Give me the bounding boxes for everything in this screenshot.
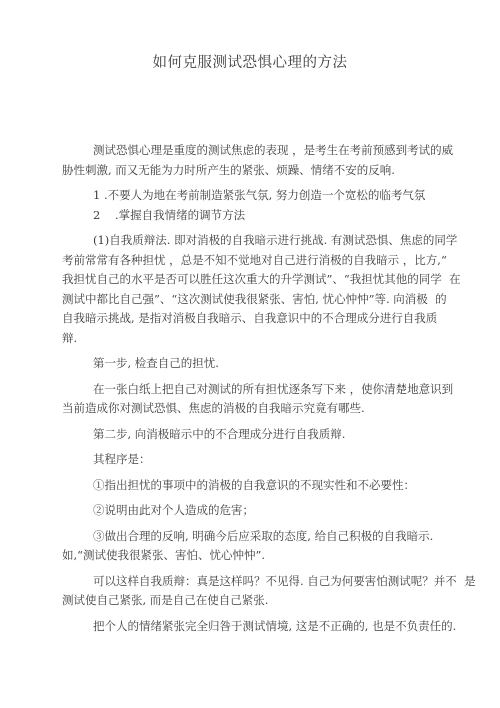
text-line: 胁性刺激, 而又无能为力时所产生的紧张、烦躁、情绪不安的反响. <box>62 161 458 181</box>
text-line: 如,“测试使我很紧张、害怕、忧心忡忡”. <box>62 546 458 566</box>
text-line: 可以这样自我质辩：真是这样吗？不见得. 自己为何要害怕测试呢？并不 是 <box>62 572 458 592</box>
text-line: 其程序是： <box>62 450 458 470</box>
text-line: 2 .掌握自我情绪的调节方法 <box>62 206 458 226</box>
text-line: 把个人的情绪紧张完全归咎于测试情境, 这是不正确的, 也是不负责任的. <box>62 617 458 637</box>
text-line: 测试使自己紧张, 而是自己在使自己紧张. <box>62 591 458 611</box>
text-line: 辩. <box>62 329 458 349</box>
text-line: 1 .不要人为地在考前制造紧张气氛, 努力创造一个宽松的临考气氛 <box>62 186 458 206</box>
text-line: ②说明由此对个人造成的危害； <box>62 501 458 521</box>
text-line: 自我暗示挑战, 是指对消极自我暗示、自我意识中的不合理成分进行自我质 <box>62 309 458 329</box>
text-line: 测试中都比自己强”、“这次测试使我很紧张、害怕, 忧心忡忡”等. 向消极 的 <box>62 290 458 310</box>
document-page: 如何克服测试恐惧心理的方法 测试恐惧心理是重度的测试焦虑的表现 ，是考生在考前预… <box>0 0 500 708</box>
text-line: ③做出合理的反响, 明确今后应采取的态度, 给自己积极的自我暗示. <box>62 527 458 547</box>
text-line: ①指出担忧的事项中的消极的自我意识的不现实性和不必要性： <box>62 476 458 496</box>
document-title: 如何克服测试恐惧心理的方法 <box>0 0 500 74</box>
text-line: 在一张白纸上把自己对测试的所有担忧逐条写下来 ，使你清楚地意识到 <box>62 380 458 400</box>
text-line: 第一步, 检查自己的担忧. <box>62 354 458 374</box>
text-line: (1)自我质辩法. 即对消极的自我暗示进行挑战. 有测试恐惧、焦虑的同学 <box>62 231 458 251</box>
text-line: 我担忧自己的水平是否可以胜任这次重大的升学测试”、“我担忧其他的同学 在 <box>62 270 458 290</box>
text-line: 考前常常有各种担忧 ，总是不知不觉地对自己进行消极的自我暗示 ，比方,“ <box>62 251 458 271</box>
document-body: 测试恐惧心理是重度的测试焦虑的表现 ，是考生在考前预感到考试的威 胁性刺激, 而… <box>62 141 458 636</box>
text-line: 第二步, 向消极暗示中的不合理成分进行自我质辩. <box>62 425 458 445</box>
text-line: 当前造成你对测试恐惧、焦虑的消极的自我暗示究竟有哪些. <box>62 399 458 419</box>
text-line: 测试恐惧心理是重度的测试焦虑的表现 ，是考生在考前预感到考试的威 <box>62 141 458 161</box>
